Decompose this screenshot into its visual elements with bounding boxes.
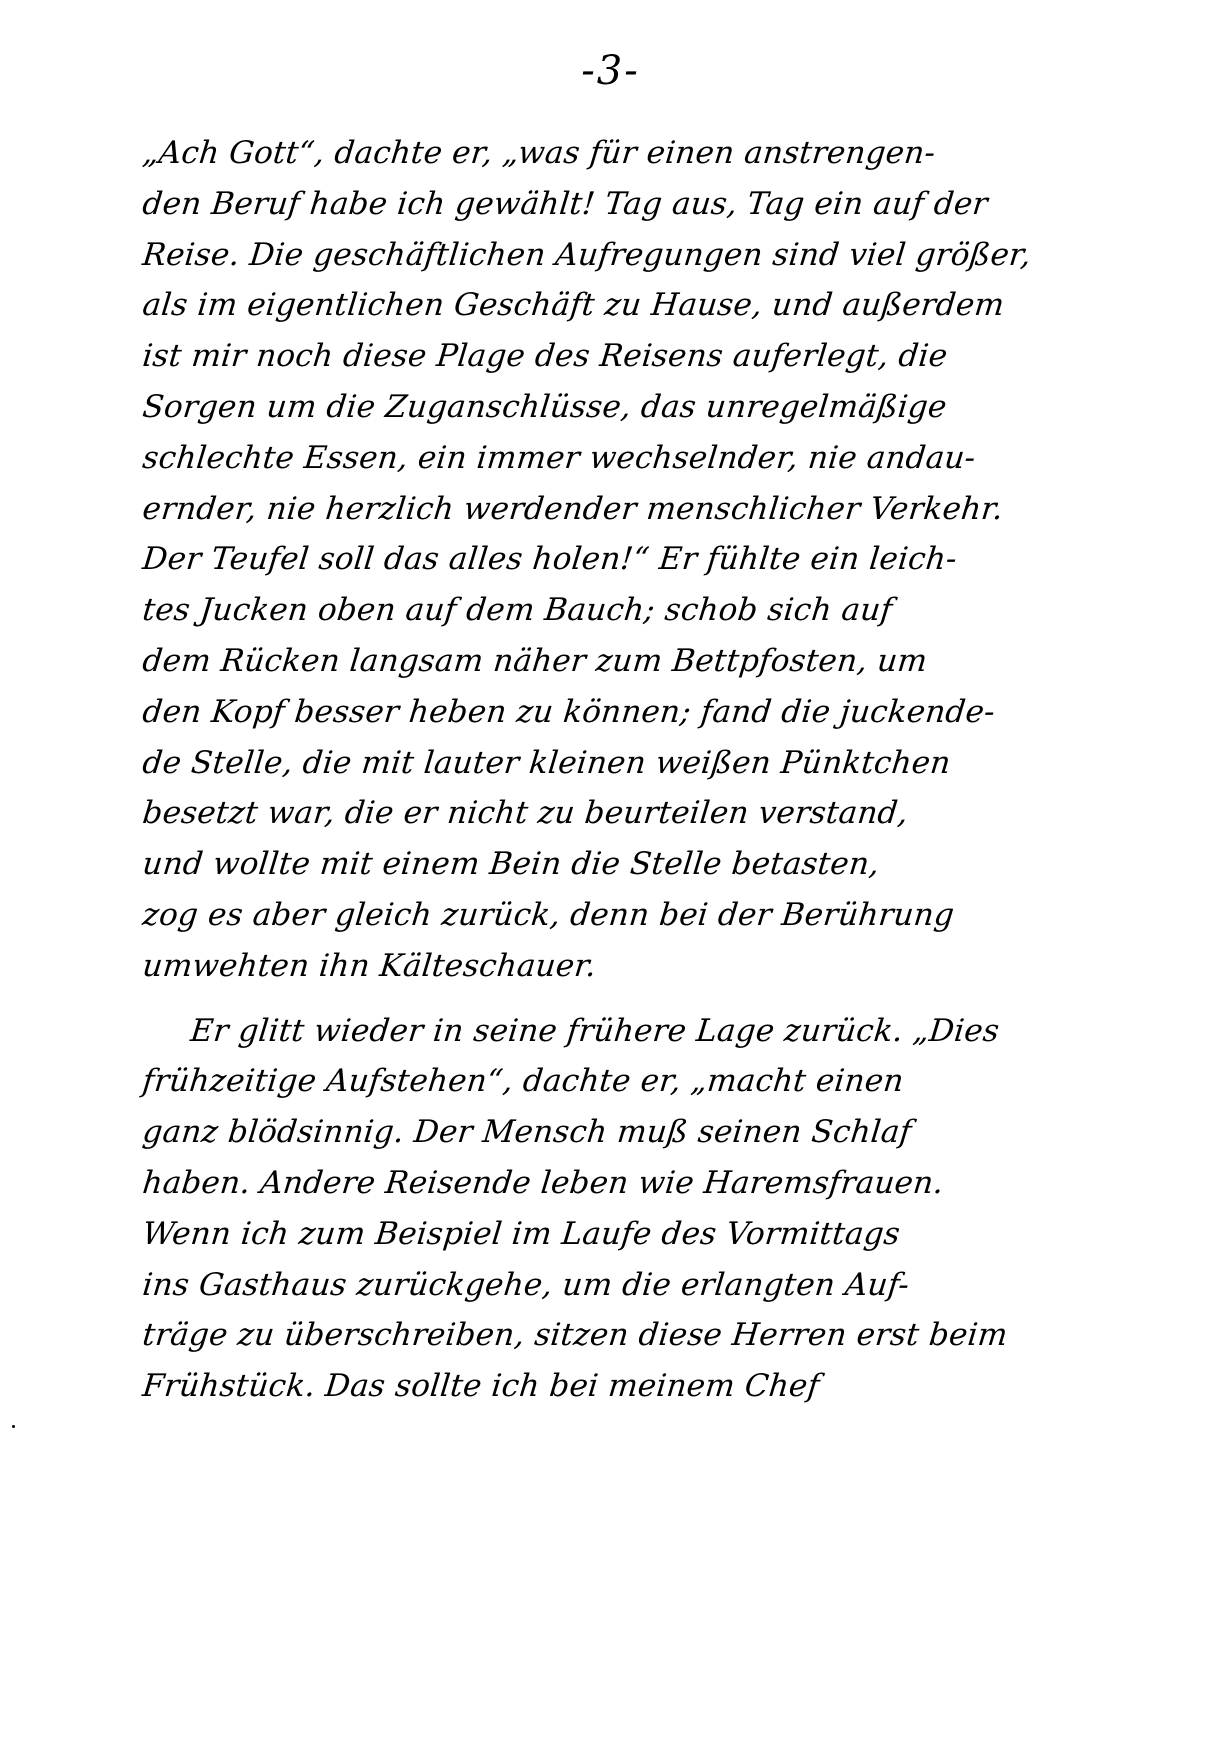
text-line: ins Gasthaus zurückgehe, um die erlangte… xyxy=(140,1260,1105,1311)
paragraph-1: „Ach Gott“, dachte er, „was für einen an… xyxy=(140,128,1100,992)
handwritten-body-text: „Ach Gott“, dachte er, „was für einen an… xyxy=(140,128,1100,1412)
text-line: den Beruf habe ich gewählt! Tag aus, Tag… xyxy=(140,179,1105,230)
text-line: haben. Andere Reisende leben wie Haremsf… xyxy=(140,1158,1105,1209)
text-line: Frühstück. Das sollte ich bei meinem Che… xyxy=(140,1361,1105,1412)
text-line: und wollte mit einem Bein die Stelle bet… xyxy=(140,839,1105,890)
text-line: dem Rücken langsam näher zum Bettpfosten… xyxy=(140,636,1105,687)
manuscript-page: -3- „Ach Gott“, dachte er, „was für eine… xyxy=(0,0,1221,1753)
text-line: den Kopf besser heben zu können; fand di… xyxy=(140,687,1105,738)
text-line: umwehten ihn Kälteschauer. xyxy=(140,941,1105,992)
text-line: besetzt war, die er nicht zu beurteilen … xyxy=(140,788,1105,839)
text-line: „Ach Gott“, dachte er, „was für einen an… xyxy=(140,128,1105,179)
paragraph-2: Er glitt wieder in seine frühere Lage zu… xyxy=(140,1006,1100,1412)
text-line: Sorgen um die Zuganschlüsse, das unregel… xyxy=(140,382,1105,433)
text-line: träge zu überschreiben, sitzen diese Her… xyxy=(140,1310,1105,1361)
text-line: ernder, nie herzlich werdender menschlic… xyxy=(140,484,1105,535)
text-line: de Stelle, die mit lauter kleinen weißen… xyxy=(140,738,1105,789)
text-line: zog es aber gleich zurück, denn bei der … xyxy=(140,890,1105,941)
text-line: Reise. Die geschäftlichen Aufregungen si… xyxy=(140,230,1105,281)
text-line: als im eigentlichen Geschäft zu Hause, u… xyxy=(140,280,1105,331)
text-line: Der Teufel soll das alles holen!“ Er füh… xyxy=(140,534,1105,585)
text-line: frühzeitige Aufstehen“, dachte er, „mach… xyxy=(140,1056,1105,1107)
text-line: schlechte Essen, ein immer wechselnder, … xyxy=(140,433,1105,484)
text-line: tes Jucken oben auf dem Bauch; schob sic… xyxy=(140,585,1105,636)
text-line: ganz blödsinnig. Der Mensch muß seinen S… xyxy=(140,1107,1105,1158)
text-line: Er glitt wieder in seine frühere Lage zu… xyxy=(140,1006,1105,1057)
page-number: -3- xyxy=(0,48,1221,94)
text-line: Wenn ich zum Beispiel im Laufe des Vormi… xyxy=(140,1209,1105,1260)
text-line: ist mir noch diese Plage des Reisens auf… xyxy=(140,331,1105,382)
margin-speck xyxy=(12,1425,15,1428)
